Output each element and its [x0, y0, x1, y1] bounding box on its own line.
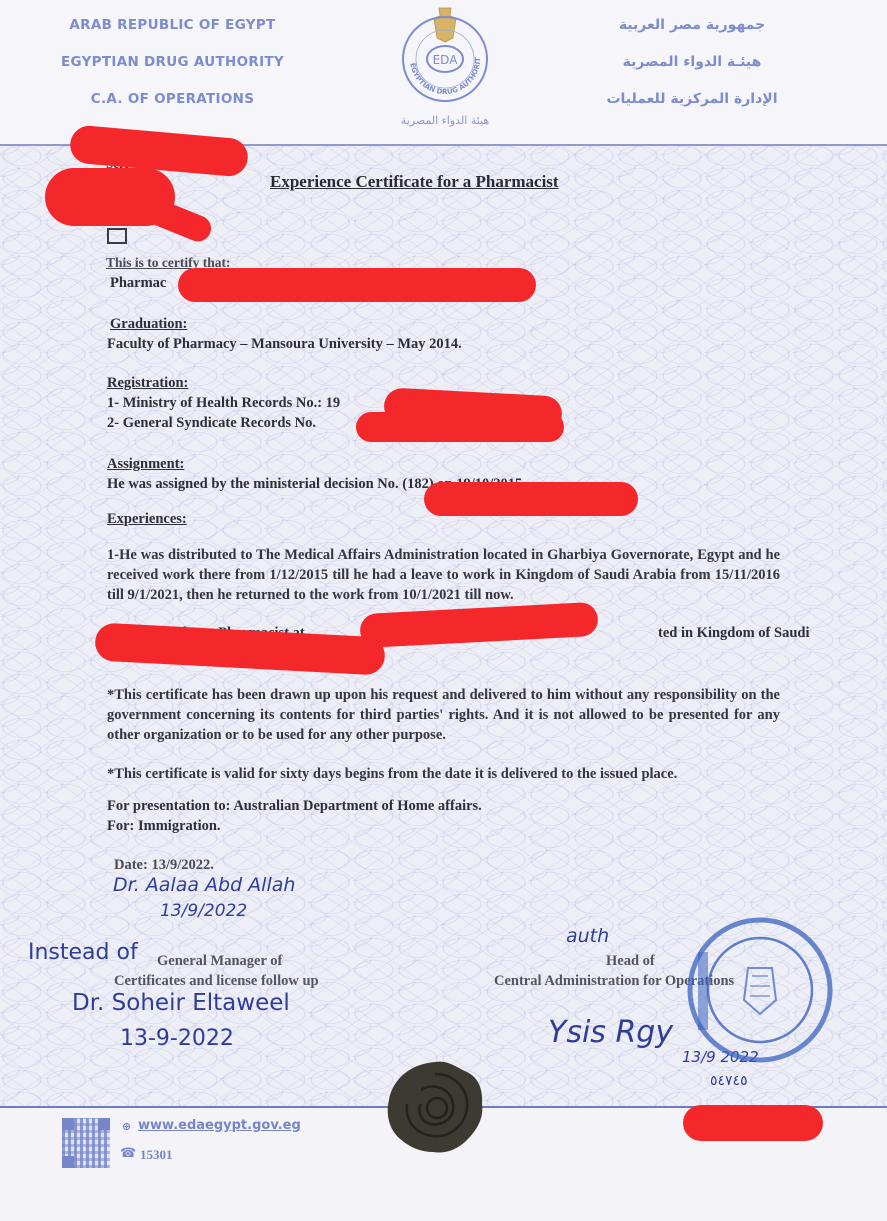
- redaction-mark: [178, 268, 536, 302]
- handwritten-date-2: 13-9-2022: [120, 1026, 234, 1051]
- graduation-label: Graduation:: [110, 316, 187, 333]
- validity-text: *This certificate is valid for sixty day…: [107, 764, 780, 784]
- experience-item-1: 1-He was distributed to The Medical Affa…: [107, 545, 780, 605]
- qr-code-icon: [62, 1118, 110, 1168]
- handwritten-date-1: 13/9/2022: [160, 901, 247, 921]
- handwritten-instead-of: Instead of: [28, 940, 138, 965]
- website-link[interactable]: www.edaegypt.gov.eg: [138, 1118, 301, 1133]
- registration-label: Registration:: [107, 375, 188, 392]
- stamp-number: ٥٤٧٤٥: [710, 1073, 748, 1089]
- eda-emblem-icon: EDA EGYPTIAN DRUG AUTHORITY هيئة الدواء …: [390, 4, 500, 132]
- registration-syndicate: 2- General Syndicate Records No.: [107, 415, 316, 432]
- header-country-ar: جمهورية مصر العربية: [557, 17, 827, 33]
- globe-icon: ⊕: [122, 1120, 131, 1133]
- header-department-en: C.A. OF OPERATIONS: [0, 91, 345, 107]
- graduation-text: Faculty of Pharmacy – Mansoura Universit…: [107, 336, 462, 353]
- embossed-seal-icon: [385, 1060, 485, 1154]
- assignment-label: Assignment:: [107, 456, 184, 473]
- phone-number: 15301: [140, 1147, 173, 1163]
- certificate-page: ARAB REPUBLIC OF EGYPT EGYPTIAN DRUG AUT…: [0, 0, 887, 1221]
- handwritten-name-2: Dr. Soheir Eltaweel: [72, 990, 290, 1016]
- official-stamp-icon: [660, 910, 850, 1070]
- issue-date: Date: 13/9/2022.: [114, 857, 214, 874]
- right-signatory-title-1: Head of: [606, 953, 655, 970]
- small-qr-icon: [107, 228, 127, 244]
- header-authority-ar: هيئـة الدواء المصرية: [557, 54, 827, 70]
- svg-text:هيئة الدواء المصرية: هيئة الدواء المصرية: [401, 114, 490, 127]
- header-department-ar: الإدارة المركزية للعمليات: [557, 91, 827, 107]
- redaction-mark: [356, 412, 564, 442]
- redaction-mark: [424, 482, 638, 516]
- redaction-mark: [683, 1105, 823, 1141]
- svg-text:EDA: EDA: [433, 53, 459, 67]
- left-signatory-title-1: General Manager of: [157, 953, 282, 970]
- handwritten-name-1: Dr. Aalaa Abd Allah: [113, 874, 295, 896]
- left-signatory-title-2: Certificates and license follow up: [114, 973, 319, 990]
- experiences-label: Experiences:: [107, 511, 187, 528]
- handwritten-signature: Ysis Rgy: [548, 1015, 673, 1050]
- document-title: Experience Certificate for a Pharmacist: [270, 172, 559, 192]
- phone-icon: ☎: [120, 1146, 136, 1161]
- registration-moh: 1- Ministry of Health Records No.: 19: [107, 395, 340, 412]
- disclaimer-text: *This certificate has been drawn up upon…: [107, 685, 780, 745]
- pharmacist-name: Pharmac: [110, 275, 166, 292]
- presentation-text: For presentation to: Australian Departme…: [107, 798, 482, 815]
- handwritten-initial: auth: [566, 925, 609, 947]
- purpose-text: For: Immigration.: [107, 818, 221, 835]
- header-country-en: ARAB REPUBLIC OF EGYPT: [0, 17, 345, 33]
- experience-item-2-end: ted in Kingdom of Saudi: [658, 625, 810, 642]
- header-authority-en: EGYPTIAN DRUG AUTHORITY: [0, 54, 345, 70]
